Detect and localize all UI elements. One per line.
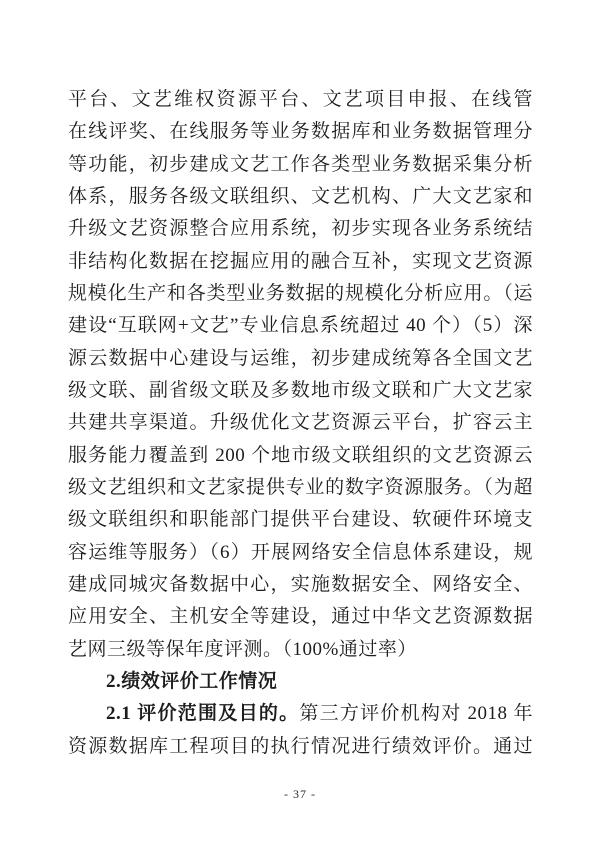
text-line: 共建共享渠道。升级优化文艺资源云平台，扩容云主机和云存储， — [68, 407, 533, 439]
page-number: - 37 - — [0, 787, 600, 801]
text-line: 在线评奖、在线服务等业务数据库和业务数据管理分析应用平台 — [68, 116, 533, 148]
text-line: 规模化生产和各类型业务数据的规模化分析应用。（运维、升级、 — [68, 278, 533, 310]
document-body: 平台、文艺维权资源平台、文艺项目申报、在线管理、在线众筹、 在线评奖、在线服务等… — [68, 84, 533, 763]
text-line: 体系，服务各级文联组织、文艺机构、广大文艺家和文艺爱好者； — [68, 181, 533, 213]
text-line: 非结构化数据在挖掘应用的融合互补，实现文艺资源内容产品的 — [68, 246, 533, 278]
text-line: 建成同城灾备数据中心，实施数据安全、网络安全、物理安全、 — [68, 569, 533, 601]
text-line: 平台、文艺维权资源平台、文艺项目申报、在线管理、在线众筹、 — [68, 84, 533, 116]
text-line: 建设“互联网+文艺”专业信息系统超过 40 个）（5）深化文艺资 — [68, 310, 533, 342]
text-line: 源云数据中心建设与运维，初步建成统筹各全国文艺家协会、省 — [68, 343, 533, 375]
text-line: 升级文艺资源整合应用系统，初步实现各业务系统结构化数据和 — [68, 213, 533, 245]
section-heading: 2.绩效评价工作情况 — [68, 666, 533, 698]
subsection-lead: 2.1 评价范围及目的。 — [106, 703, 299, 724]
text-line: 级文艺组织和文艺家提供专业的数字资源服务。（为超过 40 家各 — [68, 472, 533, 504]
text-line: 资源数据库工程项目的执行情况进行绩效评价。通过评价，总结 — [68, 731, 533, 763]
text-line: 级文联组织和职能部门提供平台建设、软硬件环境支撑、业务内 — [68, 504, 533, 536]
text-line: 2.1 评价范围及目的。第三方评价机构对 2018 年度中华文艺 — [68, 698, 533, 730]
text-line: 等功能，初步建成文艺工作各类型业务数据采集分析应用渠道和 — [68, 149, 533, 181]
text-line: 级文联、副省级文联及多数地市级文联和广大文艺家的资源信息 — [68, 375, 533, 407]
text-line: 容运维等服务）（6）开展网络安全信息体系建设，规范业务运维， — [68, 537, 533, 569]
text-line: 应用安全、主机安全等建设，通过中华文艺资源数据库和中国文 — [68, 601, 533, 633]
text-line: 艺网三级等保年度评测。（100%通过率） — [68, 634, 533, 666]
text-line: 服务能力覆盖到 200 个地市级文联组织的文艺资源云环境，为各 — [68, 440, 533, 472]
